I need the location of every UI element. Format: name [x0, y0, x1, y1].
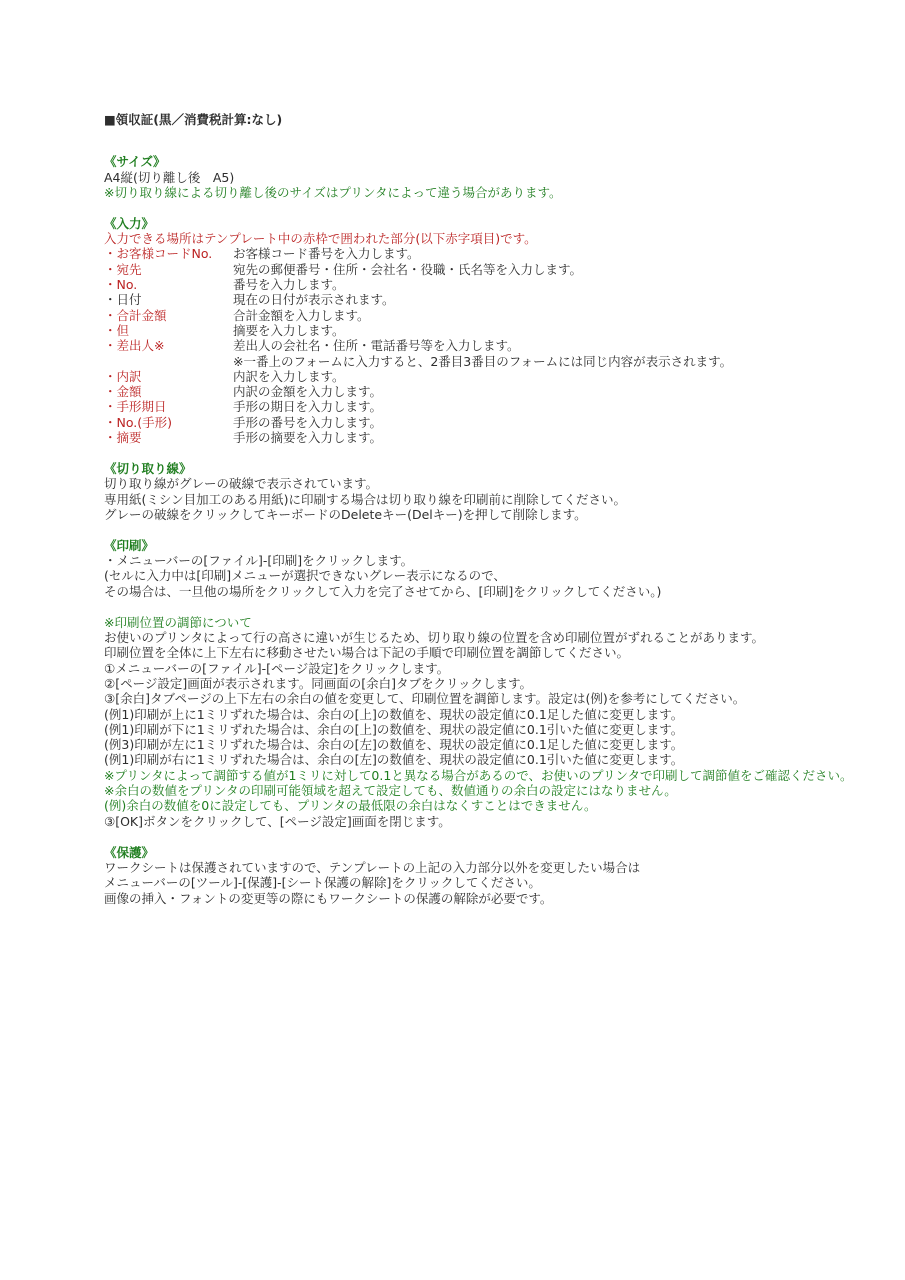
input-item-label: ・宛先 [104, 262, 233, 277]
input-item-label: ・内訳 [104, 369, 233, 384]
cutline-line: グレーの破線をクリックしてキーボードのDeleteキー(Delキー)を押して削除… [104, 507, 905, 522]
print-position-desc: お使いのプリンタによって行の高さに違いが生じるため、切り取り線の位置を含め印刷位… [104, 630, 905, 645]
input-item-label: ・但 [104, 323, 233, 338]
input-item-label: ・手形期日 [104, 399, 233, 414]
input-item-desc: お客様コード番号を入力します。 [233, 246, 420, 261]
protect-heading: 《保護》 [104, 845, 905, 860]
input-intro: 入力できる場所はテンプレート中の赤枠で囲われた部分(以下赤字項目)です。 [104, 231, 905, 246]
input-item: ・日付現在の日付が表示されます。 [104, 292, 905, 307]
section-print: 《印刷》 ・メニューバーの[ファイル]-[印刷]をクリックします。 (セルに入力… [104, 538, 905, 599]
print-position-close-step: ③[OK]ボタンをクリックして、[ページ設定]画面を閉じます。 [104, 814, 905, 829]
print-position-note: (例)余白の数値を0に設定しても、プリンタの最低限の余白はなくすことはできません… [104, 798, 905, 813]
cutline-line: 専用紙(ミシン目加工のある用紙)に印刷する場合は切り取り線を印刷前に削除してくだ… [104, 492, 905, 507]
print-position-step: ③[余白]タブページの上下左右の余白の値を変更して、印刷位置を調節します。設定は… [104, 691, 905, 706]
input-item-desc: 手形の番号を入力します。 [233, 415, 382, 430]
protect-line: ワークシートは保護されていますので、テンプレートの上記の入力部分以外を変更したい… [104, 860, 905, 875]
input-heading: 《入力》 [104, 216, 905, 231]
print-line: ・メニューバーの[ファイル]-[印刷]をクリックします。 [104, 553, 905, 568]
section-input: 《入力》 入力できる場所はテンプレート中の赤枠で囲われた部分(以下赤字項目)です… [104, 216, 905, 445]
input-item-desc: 手形の期日を入力します。 [233, 399, 382, 414]
input-item: ・No.(手形)手形の番号を入力します。 [104, 415, 905, 430]
input-item-desc: 摘要を入力します。 [233, 323, 345, 338]
cutline-heading: 《切り取り線》 [104, 461, 905, 476]
print-position-heading: ※印刷位置の調節について [104, 615, 905, 630]
input-item-label: ・日付 [104, 292, 233, 307]
input-item-label: ・お客様コードNo. [104, 246, 233, 261]
print-position-note: ※余白の数値をプリンタの印刷可能領域を超えて設定しても、数値通りの余白の設定には… [104, 783, 905, 798]
input-item-label: ・金額 [104, 384, 233, 399]
input-item: ・合計金額合計金額を入力します。 [104, 308, 905, 323]
input-item-desc: 現在の日付が表示されます。 [233, 292, 395, 307]
protect-line: メニューバーの[ツール]-[保護]-[シート保護の解除]をクリックしてください。 [104, 875, 905, 890]
size-note: ※切り取り線による切り離し後のサイズはプリンタによって違う場合があります。 [104, 185, 905, 200]
input-item: ・但摘要を入力します。 [104, 323, 905, 338]
cutline-line: 切り取り線がグレーの破線で表示されています。 [104, 476, 905, 491]
size-heading: 《サイズ》 [104, 154, 905, 169]
print-position-example: (例3)印刷が左に1ミリずれた場合は、余白の[左]の数値を、現状の設定値に0.1… [104, 737, 905, 752]
print-line: その場合は、一旦他の場所をクリックして入力を完了させてから、[印刷]をクリックし… [104, 584, 905, 599]
print-position-desc: 印刷位置を全体に上下左右に移動させたい場合は下記の手順で印刷位置を調節してくださ… [104, 645, 905, 660]
protect-line: 画像の挿入・フォントの変更等の際にもワークシートの保護の解除が必要です。 [104, 891, 905, 906]
input-item-desc: 差出人の会社名・住所・電話番号等を入力します。 [233, 338, 520, 353]
print-position-example: (例1)印刷が下に1ミリずれた場合は、余白の[上]の数値を、現状の設定値に0.1… [104, 722, 905, 737]
print-position-example: (例1)印刷が上に1ミリずれた場合は、余白の[上]の数値を、現状の設定値に0.1… [104, 707, 905, 722]
input-item: ・差出人※差出人の会社名・住所・電話番号等を入力します。 [104, 338, 905, 353]
input-item-label: ・No. [104, 277, 233, 292]
input-item: ・内訳内訳を入力します。 [104, 369, 905, 384]
print-position-note: ※プリンタによって調節する値が1ミリに対して0.1と異なる場合があるので、お使い… [104, 768, 905, 783]
input-item-desc: 宛先の郵便番号・住所・会社名・役職・氏名等を入力します。 [233, 262, 582, 277]
input-item-label: ・No.(手形) [104, 415, 233, 430]
input-item-desc: 内訳の金額を入力します。 [233, 384, 382, 399]
input-item: ・宛先宛先の郵便番号・住所・会社名・役職・氏名等を入力します。 [104, 262, 905, 277]
input-item-desc: 内訳を入力します。 [233, 369, 345, 384]
print-heading: 《印刷》 [104, 538, 905, 553]
input-item: ・手形期日手形の期日を入力します。 [104, 399, 905, 414]
input-item: ・お客様コードNo.お客様コード番号を入力します。 [104, 246, 905, 261]
input-item-desc2: ※一番上のフォームに入力すると、2番目3番目のフォームには同じ内容が表示されます… [233, 354, 732, 369]
section-protect: 《保護》 ワークシートは保護されていますので、テンプレートの上記の入力部分以外を… [104, 845, 905, 906]
print-position-step: ②[ページ設定]画面が表示されます。同画面の[余白]タブをクリックします。 [104, 676, 905, 691]
section-print-position: ※印刷位置の調節について お使いのプリンタによって行の高さに違いが生じるため、切… [104, 615, 905, 829]
print-position-example: (例1)印刷が右に1ミリずれた場合は、余白の[左]の数値を、現状の設定値に0.1… [104, 752, 905, 767]
input-item-label: ・合計金額 [104, 308, 233, 323]
input-item-continuation: ※一番上のフォームに入力すると、2番目3番目のフォームには同じ内容が表示されます… [104, 354, 905, 369]
section-cutline: 《切り取り線》 切り取り線がグレーの破線で表示されています。 専用紙(ミシン目加… [104, 461, 905, 522]
print-line: (セルに入力中は[印刷]メニューが選択できないグレー表示になるので、 [104, 568, 905, 583]
input-item: ・No.番号を入力します。 [104, 277, 905, 292]
input-item: ・摘要手形の摘要を入力します。 [104, 430, 905, 445]
size-line: A4縦(切り離し後 A5) [104, 170, 905, 185]
input-item: ・金額内訳の金額を入力します。 [104, 384, 905, 399]
input-item-desc: 番号を入力します。 [233, 277, 345, 292]
section-size: 《サイズ》 A4縦(切り離し後 A5) ※切り取り線による切り離し後のサイズはプ… [104, 154, 905, 200]
print-position-step: ①メニューバーの[ファイル]-[ページ設定]をクリックします。 [104, 661, 905, 676]
readme-document: ■領収証(黒／消費税計算:なし) 《サイズ》 A4縦(切り離し後 A5) ※切り… [104, 112, 905, 906]
input-item-label: ・差出人※ [104, 338, 233, 353]
input-item-desc: 合計金額を入力します。 [233, 308, 370, 323]
input-item-label: ・摘要 [104, 430, 233, 445]
document-title: ■領収証(黒／消費税計算:なし) [104, 112, 905, 127]
input-item-desc: 手形の摘要を入力します。 [233, 430, 382, 445]
